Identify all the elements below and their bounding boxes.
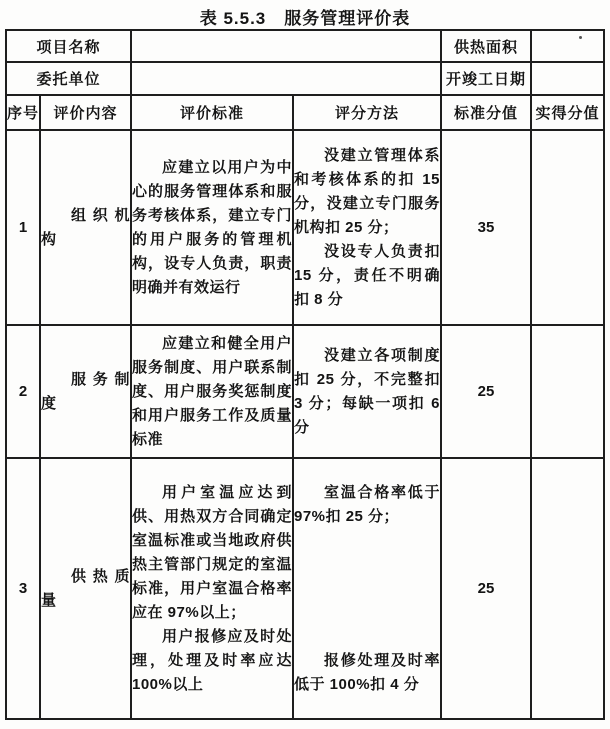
row2-eval-content: 服务制度 — [40, 325, 131, 458]
standard-paragraph: 用户报修应及时处理，处理及时率应达 100%以上 — [132, 625, 292, 697]
row1-eval-standard: 应建立以用户为中心的服务管理体系和服务考核体系，建立专门的用户服务的管理机构，设… — [131, 130, 293, 325]
start-completion-date-value-cell — [531, 62, 604, 95]
standard-paragraph: 用户室温应达到供、用热双方合同确定室温标准或当地政府供热主管部门规定的室温标准，… — [132, 481, 292, 625]
row3-eval-standard: 用户室温应达到供、用热双方合同确定室温标准或当地政府供热主管部门规定的室温标准，… — [131, 458, 293, 719]
client-unit-label: 委托单位 — [6, 62, 131, 95]
method-paragraph: 室温合格率低于 97%扣 25 分； — [294, 481, 440, 529]
standard-paragraph: 应建立和健全用户服务制度、用户联系制度、用户服务奖惩制度和用户服务工作及质量标准 — [132, 332, 292, 452]
row3-actual-score-cell — [531, 458, 604, 719]
info-row-client: 委托单位 开竣工日期 — [6, 62, 604, 95]
header-eval-content: 评价内容 — [40, 95, 131, 130]
method-paragraph: 没建立各项制度扣 25 分，不完整扣 3 分；每缺一项扣 6 分 — [294, 344, 440, 440]
method-paragraph: 报修处理及时率低于 100%扣 4 分 — [294, 649, 440, 697]
heating-area-value-cell — [531, 30, 604, 62]
row3-standard-score: 25 — [441, 458, 531, 719]
service-management-evaluation-table: 项目名称 供热面积 委托单位 开竣工日期 序号 评价内容 评价标准 评分方法 标… — [5, 29, 605, 720]
method-paragraph: 没建立管理体系和考核体系的扣 15 分，没建立专门服务机构扣 25 分； — [294, 144, 440, 240]
table-row: 1 组织机构 应建立以用户为中心的服务管理体系和服务考核体系，建立专门的用户服务… — [6, 130, 604, 325]
client-unit-value-cell — [131, 62, 441, 95]
method-paragraph: 没设专人负责扣 15 分，责任不明确扣 8 分 — [294, 240, 440, 312]
standard-paragraph: 应建立以用户为中心的服务管理体系和服务考核体系，建立专门的用户服务的管理机构，设… — [132, 156, 292, 300]
scanned-document-page: 表 5.5.3 服务管理评价表 项目名称 供热面积 委托单位 开竣工日期 序号 — [0, 0, 610, 729]
row2-standard-score: 25 — [441, 325, 531, 458]
row2-eval-standard: 应建立和健全用户服务制度、用户联系制度、用户服务奖惩制度和用户服务工作及质量标准 — [131, 325, 293, 458]
row2-seq-no: 2 — [6, 325, 40, 458]
row1-seq-no: 1 — [6, 130, 40, 325]
table-header-row: 序号 评价内容 评价标准 评分方法 标准分值 实得分值 — [6, 95, 604, 130]
row1-actual-score-cell — [531, 130, 604, 325]
eval-content-text: 服务制度 — [41, 368, 130, 416]
eval-content-text: 供热质量 — [41, 565, 130, 613]
row1-scoring-method: 没建立管理体系和考核体系的扣 15 分，没建立专门服务机构扣 25 分； 没设专… — [293, 130, 441, 325]
row2-scoring-method: 没建立各项制度扣 25 分，不完整扣 3 分；每缺一项扣 6 分 — [293, 325, 441, 458]
start-completion-date-label: 开竣工日期 — [441, 62, 531, 95]
scan-speck-artifact — [579, 36, 582, 39]
header-eval-standard: 评价标准 — [131, 95, 293, 130]
row3-eval-content: 供热质量 — [40, 458, 131, 719]
table-row: 2 服务制度 应建立和健全用户服务制度、用户联系制度、用户服务奖惩制度和用户服务… — [6, 325, 604, 458]
header-actual-score: 实得分值 — [531, 95, 604, 130]
row3-seq-no: 3 — [6, 458, 40, 719]
project-name-value-cell — [131, 30, 441, 62]
row1-eval-content: 组织机构 — [40, 130, 131, 325]
eval-content-text: 组织机构 — [41, 204, 130, 252]
row2-actual-score-cell — [531, 325, 604, 458]
header-seq-no: 序号 — [6, 95, 40, 130]
table-row: 3 供热质量 用户室温应达到供、用热双方合同确定室温标准或当地政府供热主管部门规… — [6, 458, 604, 719]
header-scoring-method: 评分方法 — [293, 95, 441, 130]
project-name-label: 项目名称 — [6, 30, 131, 62]
header-standard-score: 标准分值 — [441, 95, 531, 130]
info-row-project: 项目名称 供热面积 — [6, 30, 604, 62]
row3-scoring-method: 室温合格率低于 97%扣 25 分； 报修处理及时率低于 100%扣 4 分 — [293, 458, 441, 719]
row1-standard-score: 35 — [441, 130, 531, 325]
heating-area-label: 供热面积 — [441, 30, 531, 62]
table-caption: 表 5.5.3 服务管理评价表 — [0, 0, 610, 28]
